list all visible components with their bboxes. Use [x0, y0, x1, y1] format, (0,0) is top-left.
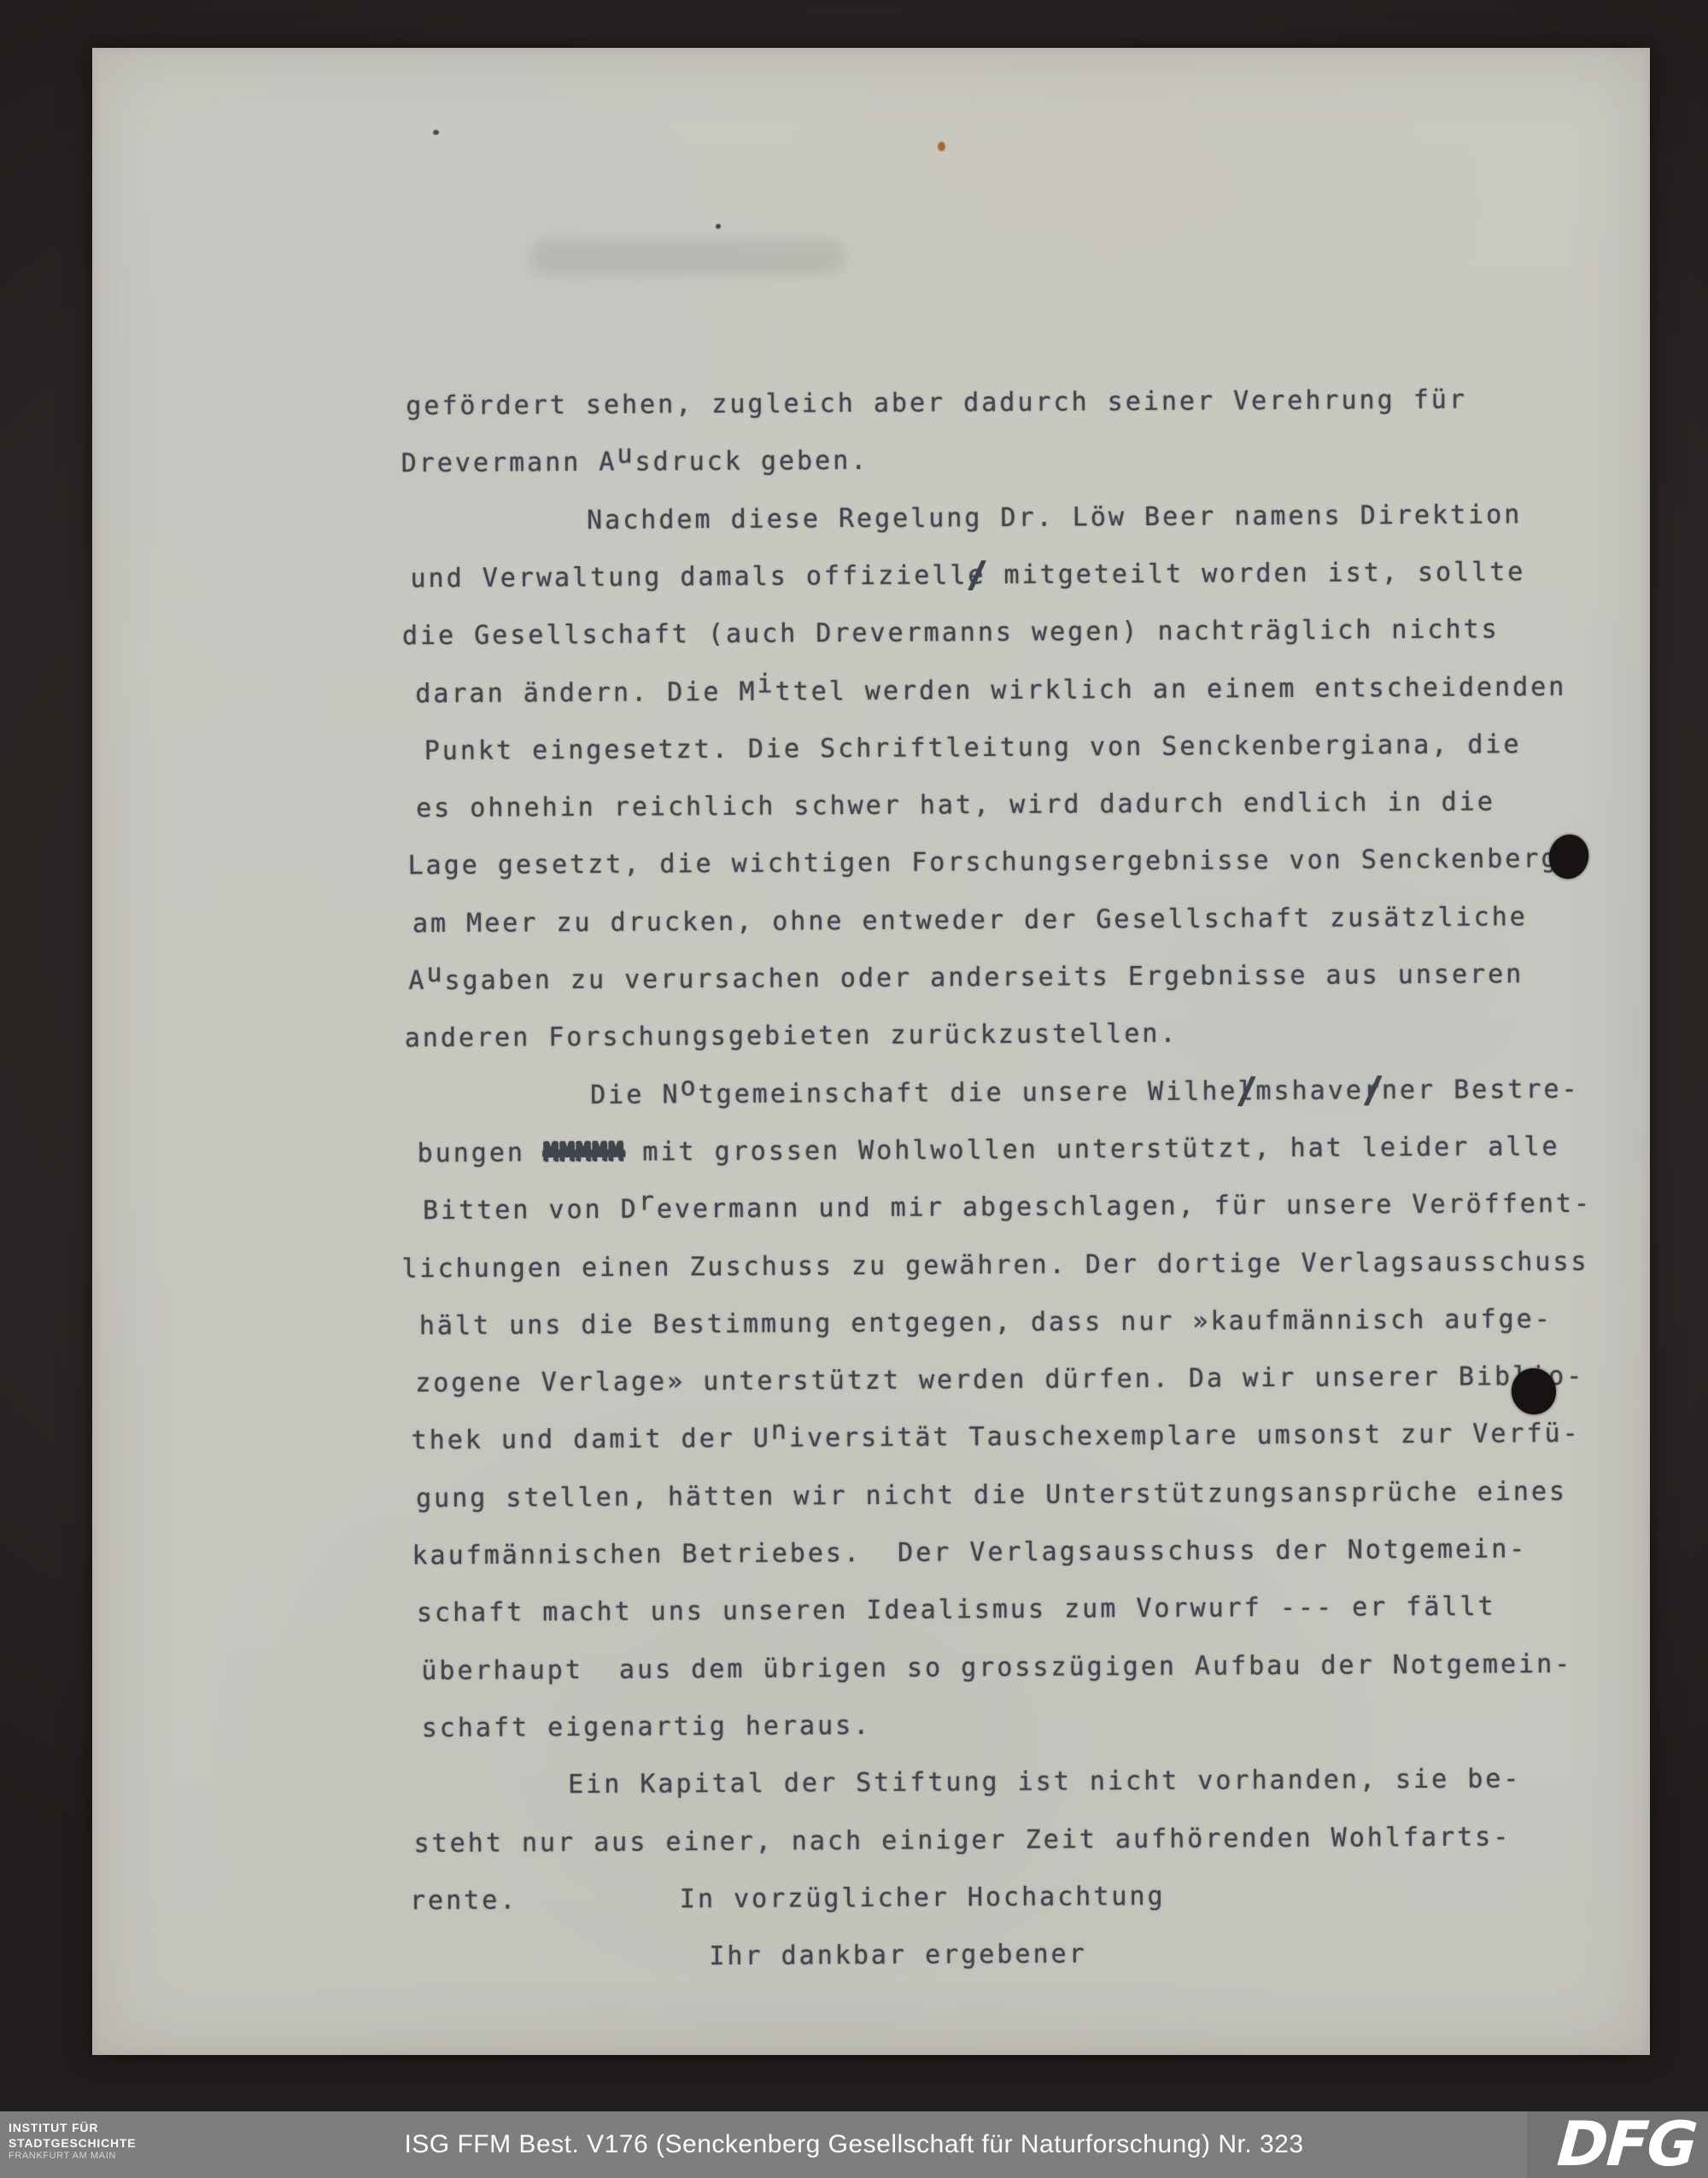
- letter-line: rente. In vorzüglicher Hochachtung: [410, 1868, 1166, 1929]
- letter-line: Nachdem diese Regelung Dr. Löw Beer name…: [587, 486, 1523, 549]
- letter-line: Lage gesetzt, die wichtigen Forschungser…: [407, 830, 1559, 894]
- letter-line: thek und damit der Universität Tauschexe…: [411, 1405, 1580, 1469]
- letter-line: es ohnehin reichlich schwer hat, wird da…: [416, 774, 1495, 838]
- letter-line: Ein Kapital der Stiftung ist nicht vorha…: [568, 1750, 1522, 1813]
- letter-line: überhaupt aus dem übrigen so grosszügige…: [421, 1636, 1572, 1700]
- letter-line: daran ändern. Die Mittel werden wirklich…: [415, 658, 1566, 722]
- letter-line: schaft macht uns unseren Idealismus zum …: [417, 1578, 1496, 1642]
- letter-line: Die Notgemeinschaft die unsere Wilhelmsh…: [590, 1060, 1580, 1123]
- archive-reference: ISG FFM Best. V176 (Senckenberg Gesellsc…: [0, 2111, 1708, 2178]
- letter-line: Punkt eingesetzt. Die Schriftleitung von…: [424, 716, 1522, 780]
- letter-line: hält uns die Bestimmung entgegen, dass n…: [419, 1291, 1553, 1355]
- dfg-logo: DFG: [1555, 2108, 1699, 2175]
- letter-line: Ausgaben zu verursachen oder anderseits …: [408, 946, 1524, 1010]
- letter-text-block: gefördert sehen, zugleich aber dadurch s…: [395, 44, 1645, 2058]
- letter-line: und Verwaltung damals offizielle mitgete…: [410, 543, 1525, 607]
- letter-line: zogene Verlage» unterstützt werden dürfe…: [415, 1348, 1584, 1412]
- letter-line: gung stellen, hätten wir nicht die Unter…: [416, 1463, 1567, 1527]
- letter-line: bungen MMMMM mit grossen Wohlwollen unte…: [417, 1118, 1559, 1182]
- letter-line: am Meer zu drucken, ohne entweder der Ge…: [412, 888, 1528, 952]
- letter-line: Ihr dankbar ergebener: [709, 1925, 1087, 1985]
- letter-line: kaufmännischen Betriebes. Der Verlagsaus…: [412, 1520, 1527, 1584]
- letter-line: schaft eigenartig heraus.: [422, 1697, 872, 1757]
- letter-line: gefördert sehen, zugleich aber dadurch s…: [406, 372, 1467, 436]
- letter-line: steht nur aus einer, nach einiger Zeit a…: [413, 1808, 1511, 1872]
- letter-line: Bitten von Drevermann und mir abgeschlag…: [423, 1175, 1592, 1239]
- letter-line: lichungen einen Zuschuss zu gewähren. De…: [401, 1232, 1588, 1297]
- archive-footer-bar: INSTITUT FÜR STADTGESCHICHTE FRANKFURT A…: [0, 2111, 1708, 2178]
- letter-line: die Gesellschaft (auch Drevermanns wegen…: [402, 601, 1500, 665]
- letter-line: Drevermann Ausdruck geben.: [401, 432, 869, 492]
- letter-line: anderen Forschungsgebieten zurückzustell…: [405, 1005, 1179, 1068]
- letter-page: gefördert sehen, zugleich aber dadurch s…: [92, 48, 1650, 2055]
- scan-background: gefördert sehen, zugleich aber dadurch s…: [0, 0, 1708, 2178]
